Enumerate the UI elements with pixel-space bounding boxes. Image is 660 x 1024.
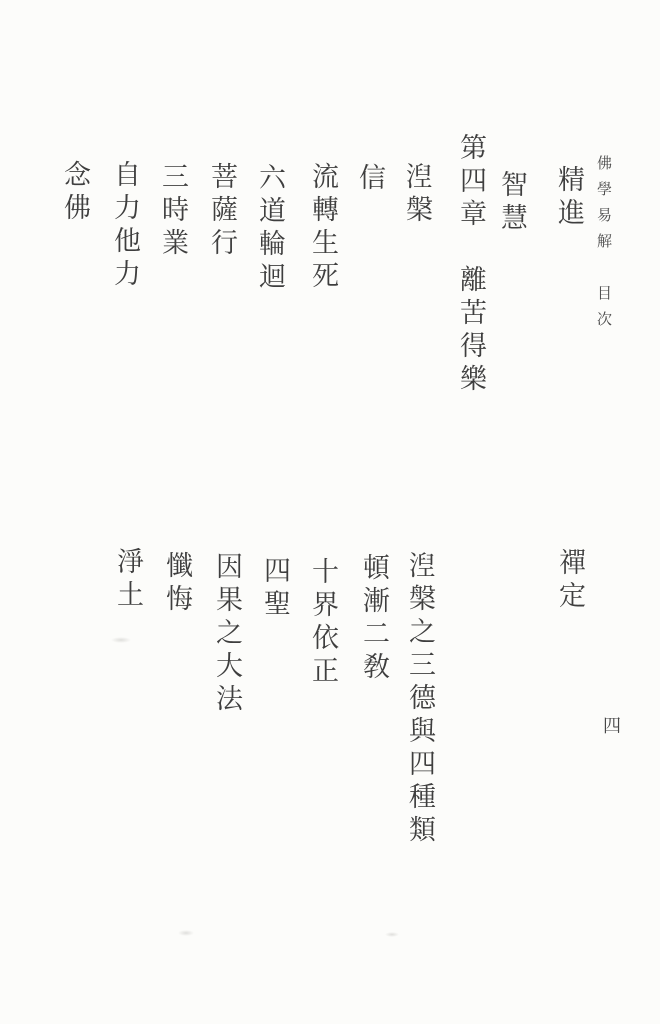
toc-entry: 精進 [549,165,588,231]
scan-smudge [111,637,131,643]
book-page: 佛學易解 目次 精進 智慧 第四章 離苦得樂 湼槃 信 流轉生死 六道輪迴 菩薩… [0,0,660,1024]
toc-entry: 信 [350,163,389,196]
toc-entry: 十界依正 [303,557,342,689]
toc-entry: 六道輪迴 [250,163,289,295]
scan-smudge [178,930,194,936]
toc-entry: 淨土 [108,547,147,613]
toc-entry: 流轉生死 [303,162,342,294]
toc-entry: 因果之大法 [207,552,246,717]
toc-entry: 念佛 [55,160,94,226]
toc-entry: 自力他力 [105,160,144,292]
toc-entry: 湼槃 [397,162,436,228]
toc-entry: 禪定 [550,548,589,614]
toc-chapter-entry: 第四章 離苦得樂 [451,133,490,397]
toc-entry: 智慧 [492,170,531,236]
scan-smudge [385,932,399,937]
toc-entry: 三時業 [153,162,192,261]
toc-entry: 湼槃之三德與四種類 [400,551,439,848]
toc-entry: 懺悔 [157,551,196,617]
toc-entry: 四聖 [255,556,294,622]
toc-entry: 頓漸二敎 [354,553,393,685]
toc-entry: 菩薩行 [202,162,241,261]
page-number: 四 [597,716,623,734]
page-header: 佛學易解 目次 [594,155,615,337]
